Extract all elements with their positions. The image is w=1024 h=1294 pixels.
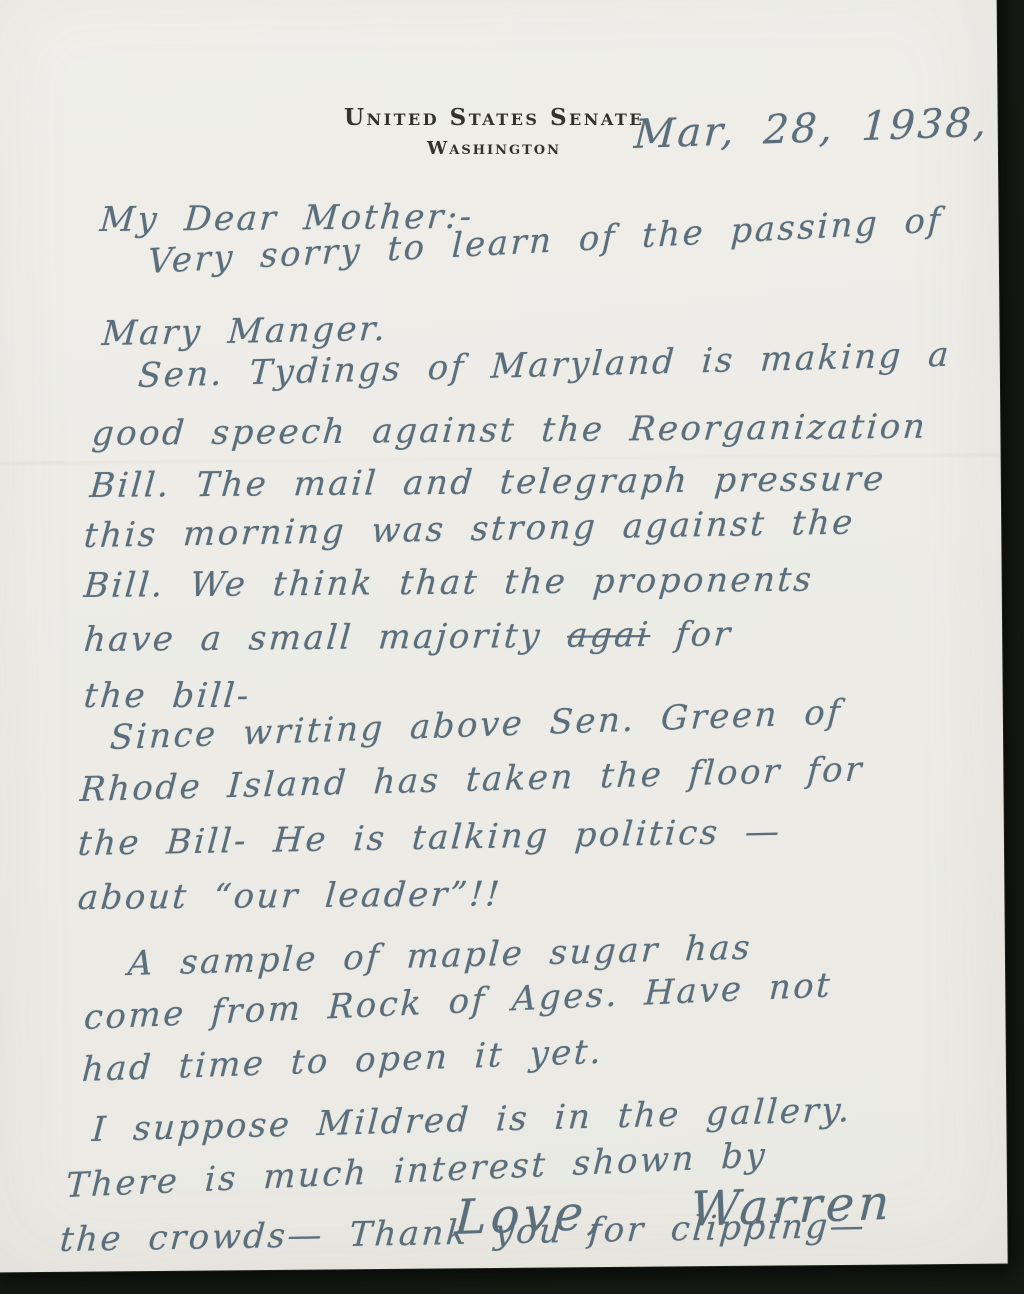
handwritten-line: Bill. The mail and telegraph pressure [88,459,887,506]
line-segment: have a small majority [82,616,568,660]
handwritten-line: this morning was strong against the [83,503,857,557]
handwritten-line: Mary Manger. [101,309,389,354]
handwritten-line: had time to open it yet. [81,1032,604,1090]
handwritten-line: Rhode Island has taken the floor for [79,749,865,810]
handwritten-line: about “our leader”!! [76,874,503,918]
handwritten-line: the bill- [82,676,252,716]
handwritten-line: the Bill- He is talking politics — [77,812,783,864]
handwritten-line-with-strikethrough: have a small majority agai for [82,614,734,660]
photo-background: United States Senate Washington Mar, 28,… [0,0,1024,1294]
handwritten-line: Bill. We think that the proponents [82,560,815,606]
line-segment: for [649,614,734,655]
letter-content: United States Senate Washington Mar, 28,… [0,0,1024,1294]
signature-name: Warren [689,1175,895,1238]
handwritten-line: good speech against the Reorganization [90,407,928,454]
signature-closing: Love, [454,1185,608,1246]
struck-out-word: agai [566,615,652,656]
